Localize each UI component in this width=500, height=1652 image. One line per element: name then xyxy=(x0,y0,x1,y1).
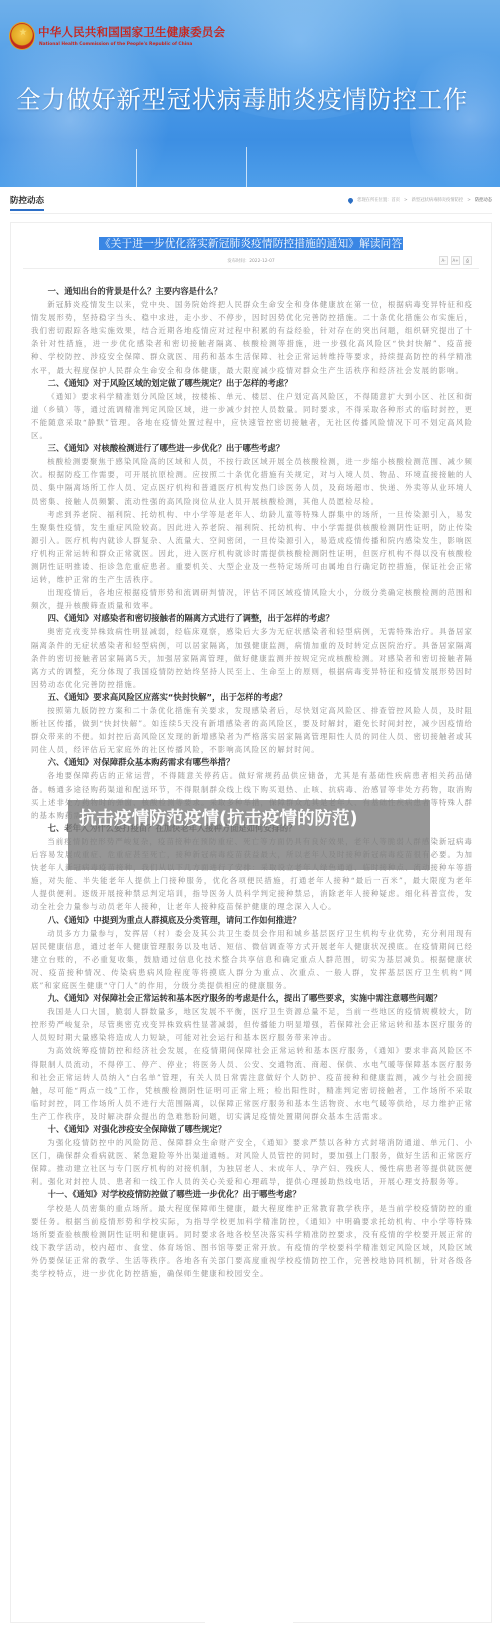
answer-paragraph: 《通知》要求科学精准划分风险区域，按楼栋、单元、楼层、住户划定高风险区，不得随意… xyxy=(31,390,473,442)
answer-paragraph: 为强化疫情防控中的风险防范、保障群众生命财产安全，《通知》要求严禁以各种方式封堵… xyxy=(31,1136,473,1188)
answer-paragraph: 动员多方力量参与，发挥居（村）委会及其公共卫生委员会作用和城乡基层医疗卫生机构专… xyxy=(31,927,473,992)
banner-decoration-line xyxy=(246,147,247,187)
publish-date: 发布时间：2022-12-07 xyxy=(23,258,479,264)
org-name-cn[interactable]: 中华人民共和国国家卫生健康委员会 xyxy=(38,24,225,40)
article-tools: A- A+ ⎙ xyxy=(439,256,472,265)
font-increase-icon[interactable]: A+ xyxy=(451,256,460,265)
org-name-en: National Health Commission of the People… xyxy=(39,42,192,47)
answer-paragraph: 学校是人员密集的重点场所。最大程度保障师生健康，最大程度维护正常教育教学秩序，是… xyxy=(31,1202,473,1281)
answer-paragraph: 按照第九版防控方案和二十条优化措施有关要求，发现感染者后，尽快划定高风险区、排查… xyxy=(31,704,473,756)
breadcrumb-prefix: 您现在所在位置： xyxy=(357,197,391,203)
question-heading: 六、《通知》对保障群众基本购药需求有哪些举措？ xyxy=(31,756,473,769)
print-icon[interactable]: ⎙ xyxy=(463,256,472,265)
answer-paragraph: 新冠肺炎疫情发生以来，党中央、国务院始终把人民群众生命安全和身体健康放在第一位，… xyxy=(31,298,473,377)
article-title[interactable]: 《关于进一步优化落实新冠肺炎疫情防控措施的通知》解读问答 xyxy=(99,237,403,250)
location-pin-icon xyxy=(347,196,354,203)
answer-paragraph: 为高效统筹疫情防控和经济社会发展，在疫情期间保障社会正常运转和基本医疗服务，《通… xyxy=(31,1044,473,1123)
breadcrumb-separator: > xyxy=(467,198,471,203)
bottom-gap xyxy=(205,1622,293,1642)
question-heading: 十、《通知》对强化涉疫安全保障做了哪些规定？ xyxy=(31,1123,473,1136)
font-decrease-icon[interactable]: A- xyxy=(439,256,448,265)
question-heading: 三、《通知》对核酸检测进行了哪些进一步优化？出于哪些考虑？ xyxy=(31,442,473,455)
question-heading: 四、《通知》对感染者和密切接触者的隔离方式进行了调整，出于怎样的考虑？ xyxy=(31,612,473,625)
question-heading: 五、《通知》要求高风险区应落实“快封快解”，出于怎样的考虑？ xyxy=(31,691,473,704)
breadcrumb-link-home[interactable]: 首页 xyxy=(391,197,400,203)
article-meta: 发布时间：2022-12-07 A- A+ ⎙ xyxy=(23,255,479,269)
overlay-banner: 抗击疫情防范疫情(抗击疫情的防范) xyxy=(68,800,430,870)
breadcrumb-separator: > xyxy=(404,198,408,203)
breadcrumb-link-covid[interactable]: 新型冠状病毒肺炎疫情防控 xyxy=(412,197,464,203)
question-heading: 九、《通知》对保障社会正常运转和基本医疗服务的考虑是什么，提出了哪些要求，实施中… xyxy=(31,992,473,1005)
question-heading: 一、通知出台的背景是什么？主要内容是什么？ xyxy=(31,285,473,298)
article-card: 《关于进一步优化落实新冠肺炎疫情防控措施的通知》解读问答 发布时间：2022-1… xyxy=(10,222,492,1623)
answer-paragraph: 奥密克戎变异株致病性明显减弱，经临床观察，感染后大多为无症状感染者和轻型病例，无… xyxy=(31,625,473,690)
answer-paragraph: 出现疫情后，各地应根据疫情形势和流调研判情况，评估不同区域疫情风险大小，分级分类… xyxy=(31,586,473,612)
question-heading: 十一、《通知》对学校疫情防控做了哪些进一步优化？出于哪些考虑？ xyxy=(31,1188,473,1201)
breadcrumb: 您现在所在位置： 首页 > 新型冠状病毒肺炎疫情防控 > 防控动态 xyxy=(348,197,492,203)
question-heading: 二、《通知》对于风险区域的划定做了哪些规定？出于怎样的考虑？ xyxy=(31,377,473,390)
section-title: 防控动态 xyxy=(10,194,44,211)
overlay-title: 抗击疫情防范疫情(抗击疫情的防范) xyxy=(79,808,424,830)
banner-decoration-line xyxy=(136,149,137,187)
header-banner: 中华人民共和国国家卫生健康委员会 National Health Commiss… xyxy=(0,0,500,187)
national-emblem-icon[interactable] xyxy=(9,22,35,50)
article-body: 一、通知出台的背景是什么？主要内容是什么？新冠肺炎疫情发生以来，党中央、国务院始… xyxy=(31,285,473,1280)
breadcrumb-current[interactable]: 防控动态 xyxy=(475,197,492,203)
section-header: 防控动态 您现在所在位置： 首页 > 新型冠状病毒肺炎疫情防控 > 防控动态 xyxy=(10,186,492,214)
banner-slogan: 全力做好新型冠状病毒肺炎疫情防控工作 xyxy=(16,81,468,116)
question-heading: 八、《通知》中提到为重点人群摸底及分类管理，请问工作如何推进？ xyxy=(31,914,473,927)
answer-paragraph: 核酸检测要聚焦于感染风险高的区域和人员，不按行政区域开展全员核酸检测，进一步缩小… xyxy=(31,455,473,507)
answer-paragraph: 我国是人口大国，脆弱人群数量多，地区发展不平衡，医疗卫生资源总量不足，当前一些地… xyxy=(31,1005,473,1044)
answer-paragraph: 考虑到养老院、福利院、托幼机构、中小学等是老年人、幼龄儿童等特殊人群集中的场所，… xyxy=(31,508,473,587)
